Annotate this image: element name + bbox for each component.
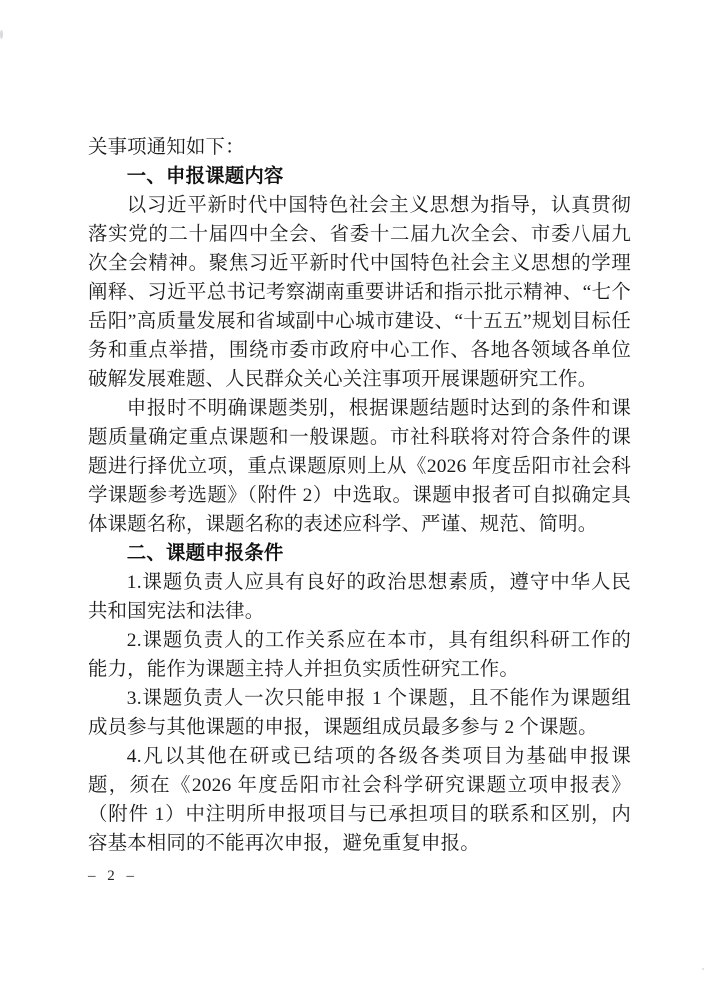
section-1-heading: 一、申报课题内容 [88,162,631,191]
section-2-item-4: 4.凡以其他在研或已结项的各级各类项目为基础申报课题，须在《2026 年度岳阳市… [88,742,631,858]
section-2-item-1: 1.课题负责人应具有良好的政治思想素质，遵守中华人民共和国宪法和法律。 [88,568,631,626]
section-2-heading: 二、课题申报条件 [88,539,631,568]
document-page: 关事项通知如下： 一、申报课题内容 以习近平新时代中国特色社会主义思想为指导，认… [0,0,707,1000]
section-2-item-3: 3.课题负责人一次只能申报 1 个课题，且不能作为课题组成员参与其他课题的申报，… [88,684,631,742]
section-1-paragraph-2: 申报时不明确课题类别，根据课题结题时达到的条件和课题质量确定重点课题和一般课题。… [88,394,631,539]
section-2-item-2: 2.课题负责人的工作关系应在本市，具有组织科研工作的能力，能作为课题主持人并担负… [88,626,631,684]
document-body: 关事项通知如下： 一、申报课题内容 以习近平新时代中国特色社会主义思想为指导，认… [88,133,631,858]
page-number: – 2 – [88,866,138,886]
section-1-paragraph-1: 以习近平新时代中国特色社会主义思想为指导，认真贯彻落实党的二十届四中全会、省委十… [88,191,631,394]
continuation-text: 关事项通知如下： [88,133,631,162]
scan-artifact [702,968,704,970]
scan-artifact [0,30,3,39]
